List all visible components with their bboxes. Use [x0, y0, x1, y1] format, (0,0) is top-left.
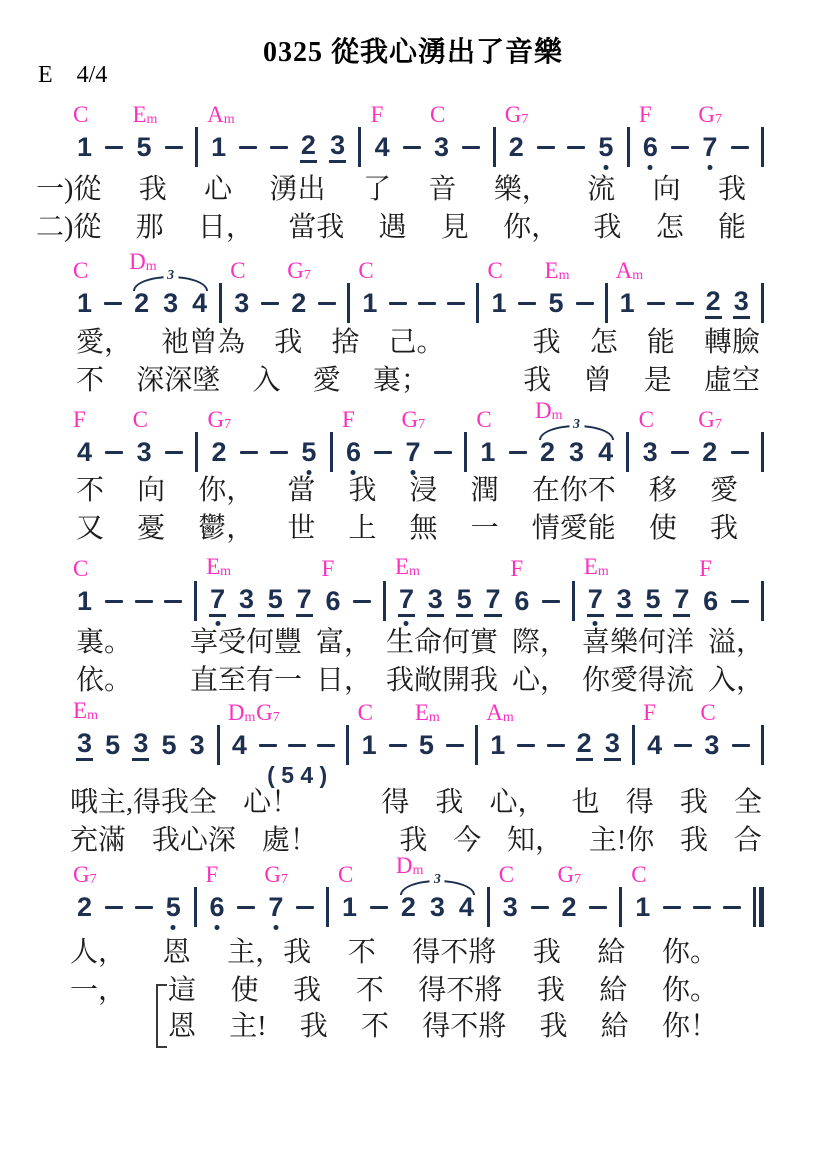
- lyric-syllable: 遇: [379, 213, 407, 244]
- lyric-syllable: 向: [137, 476, 165, 507]
- note: 4F: [646, 732, 663, 759]
- note: 3C: [642, 439, 659, 466]
- chord-label: F: [206, 863, 219, 886]
- barline-icon: [346, 725, 349, 765]
- chord-root: F: [510, 557, 523, 580]
- chord-label: F: [73, 408, 86, 431]
- chord-label: F: [643, 701, 656, 724]
- duration-dash: [105, 451, 123, 454]
- note: 3: [616, 586, 633, 617]
- lyric-syllable: 裏。: [76, 628, 132, 659]
- chord-quality: 7: [418, 418, 425, 432]
- lyric-syllable: 當: [287, 476, 315, 507]
- note: 1C: [76, 290, 93, 317]
- lyric-syllable: 你。: [662, 976, 718, 1007]
- chord-quality: m: [632, 269, 643, 283]
- chord-label: C: [73, 259, 88, 282]
- lyric-syllable: 我: [593, 213, 621, 244]
- lyric-line: 人，恩主，我不得不將我給你。: [70, 938, 718, 969]
- chord-root: C: [73, 259, 88, 282]
- barline-icon: [195, 432, 198, 472]
- chord-root: C: [73, 103, 88, 126]
- chord-label: C: [133, 408, 148, 431]
- note: 2G7: [76, 894, 93, 921]
- note: 3: [427, 586, 444, 617]
- chord-quality: m: [598, 565, 609, 579]
- note: 3: [132, 730, 149, 761]
- notation-line-1: 1C5Em1Am234F3C2G756F7G7: [76, 130, 764, 164]
- lyric-line: 又憂鬱，世上無一情愛能使我: [76, 514, 738, 545]
- duration-dash: [576, 302, 594, 305]
- lyric-syllable: 音: [428, 175, 456, 206]
- note: 5: [104, 732, 121, 759]
- chord-label: F: [321, 557, 334, 580]
- chord-label: F: [639, 103, 652, 126]
- lyric-syllable: 愛: [313, 366, 341, 397]
- lyric-syllable: 了: [363, 175, 391, 206]
- lyric-syllable: 也: [572, 788, 600, 819]
- chord-quality: 7: [90, 873, 97, 887]
- lyric-syllable: 日，: [316, 666, 372, 697]
- chord-label: Em: [545, 259, 570, 282]
- duration-dash: [589, 906, 607, 909]
- chord-root: C: [430, 103, 445, 126]
- chord-label: Em: [206, 555, 231, 578]
- chord-root: E: [545, 259, 559, 282]
- lyric-syllable: 恩: [163, 938, 191, 969]
- chord-quality: 7: [224, 418, 231, 432]
- chord-root: G: [698, 103, 715, 126]
- duration-dash: [674, 744, 692, 747]
- lyric-syllable: 捨: [331, 328, 359, 359]
- chord-label: G7: [73, 863, 97, 886]
- chord-root: F: [371, 103, 384, 126]
- lyric-syllable: 知，: [507, 826, 563, 857]
- chord-root: F: [321, 557, 334, 580]
- chord-root: F: [699, 557, 712, 580]
- chord-quality: 7: [273, 711, 280, 725]
- note: 1C: [76, 588, 93, 615]
- note: 2: [576, 730, 593, 761]
- lyric-syllable: 我: [680, 788, 708, 819]
- lyric-syllable: 我敞開我: [386, 666, 498, 697]
- lyric-syllable: 主，我: [227, 938, 311, 969]
- duration-dash: [270, 146, 288, 149]
- lyric-syllable: 我: [680, 826, 708, 857]
- lyric-line: 恩主!我不得不將我給你！: [168, 1012, 718, 1043]
- chord-root: E: [73, 699, 87, 722]
- note: 6F: [209, 894, 226, 921]
- note: 5: [267, 586, 284, 617]
- note: 6F: [513, 588, 530, 615]
- duration-dash: [374, 451, 392, 454]
- note: 1C: [361, 732, 378, 759]
- lyric-syllable: 鬱，: [198, 514, 254, 545]
- chord-root: C: [73, 557, 88, 580]
- lyric-syllable: 虛空: [704, 366, 760, 397]
- note: 3C: [433, 134, 450, 161]
- note: 3: [429, 894, 446, 921]
- note: 2G7: [210, 439, 227, 466]
- chord-label: C: [358, 259, 373, 282]
- note: 3: [568, 439, 585, 466]
- lyric-syllable: 無: [410, 514, 438, 545]
- note: 2: [705, 288, 722, 319]
- chord-label: C: [73, 557, 88, 580]
- lyric-syllable: 心！: [243, 788, 299, 819]
- note: 3: [189, 732, 206, 759]
- chord-label: C: [358, 701, 373, 724]
- lyric-line: 哦主,得我全心！得我心，也得我全: [70, 788, 762, 819]
- lyric-syllable: 轉臉: [704, 328, 760, 359]
- note: 4: [458, 894, 475, 921]
- lyric-syllable: 我: [293, 976, 321, 1007]
- lyric-syllable: 一)從: [36, 175, 101, 206]
- lyric-syllable: 二)從: [36, 213, 101, 244]
- lyric-syllable: 你愛得流: [582, 666, 694, 697]
- chord-quality: m: [409, 565, 420, 579]
- lyric-syllable: 裏；: [373, 366, 429, 397]
- note: 5Em: [135, 134, 152, 161]
- lyric-syllable: 我: [537, 976, 565, 1007]
- chord-root: G: [264, 863, 281, 886]
- barline-icon: [626, 432, 629, 472]
- chord-root: E: [415, 701, 429, 724]
- lyric-syllable: 愛，: [76, 328, 132, 359]
- chord-label: Dm: [129, 250, 157, 273]
- note: 7G7: [405, 439, 422, 466]
- duration-dash: [542, 600, 560, 603]
- chord-root: G: [698, 408, 715, 431]
- duration-dash: [165, 146, 183, 149]
- note: 2: [400, 894, 417, 921]
- chord-label: Am: [486, 701, 514, 724]
- barline-icon: [761, 725, 764, 765]
- chord-root: G: [505, 103, 522, 126]
- chord-label: Dm: [535, 399, 563, 422]
- chord-label: G7: [558, 863, 582, 886]
- chord-quality: m: [146, 260, 157, 274]
- note: 3: [733, 288, 750, 319]
- chord-label: G7: [264, 863, 288, 886]
- note: 4Dm: [231, 732, 248, 759]
- chord-quality: 7: [304, 269, 311, 283]
- chord-root: C: [358, 701, 373, 724]
- duration-dash: [518, 302, 536, 305]
- lyric-syllable: 世: [287, 514, 315, 545]
- notation-line-5: 3Em53534DmG7( 5 4 )1C5Em1Am234F3C: [76, 728, 764, 762]
- lyric-syllable: 你，: [503, 213, 559, 244]
- duration-dash: [723, 906, 741, 909]
- chord-root: C: [639, 408, 654, 431]
- song-title: 0325 從我心湧出了音樂: [0, 30, 826, 70]
- chord-root: E: [206, 555, 220, 578]
- note: 3C: [136, 439, 153, 466]
- duration-dash: [731, 600, 749, 603]
- note: 2: [300, 132, 317, 163]
- lyric-line: 這使我不得不將我給你。: [168, 976, 718, 1007]
- lyric-syllable: 情愛能: [532, 514, 616, 545]
- lyric-syllable: 一: [471, 514, 499, 545]
- lyric-syllable: 不: [76, 366, 104, 397]
- lyric-syllable: 心，: [512, 666, 568, 697]
- note: 3C: [703, 732, 720, 759]
- duration-dash: [731, 451, 749, 454]
- lyric-syllable: 潤: [471, 476, 499, 507]
- duration-dash: [105, 600, 123, 603]
- lyric-syllable: 得不將: [418, 976, 502, 1007]
- duration-dash: [663, 906, 681, 909]
- chord-label: Em: [132, 103, 157, 126]
- chord-label: C: [631, 863, 646, 886]
- chord-label: Dm: [396, 854, 424, 877]
- lyric-syllable: 生命何實: [386, 628, 498, 659]
- note: 1C: [341, 894, 358, 921]
- note: 2: [133, 290, 150, 317]
- duration-dash: [237, 906, 255, 909]
- triplet-number: 3: [163, 269, 178, 283]
- chord-root: G: [256, 701, 273, 724]
- note: 2G7: [290, 290, 307, 317]
- note: 7Em: [587, 586, 604, 617]
- duration-dash: [531, 906, 549, 909]
- chord-root: G: [558, 863, 575, 886]
- lyric-syllable: 你！: [662, 1012, 718, 1043]
- lyric-syllable: 不: [356, 976, 384, 1007]
- lyric-syllable: 我: [300, 1012, 328, 1043]
- lyric-syllable: 又: [76, 514, 104, 545]
- note: 5: [160, 732, 177, 759]
- chord-root: A: [616, 259, 633, 282]
- key-tonic: E: [38, 62, 53, 89]
- note: 4F: [374, 134, 391, 161]
- note: 1Am: [619, 290, 636, 317]
- chord-root: A: [486, 701, 503, 724]
- lyric-syllable: 深深墜: [136, 366, 220, 397]
- chord-root: C: [476, 408, 491, 431]
- note: 7Em: [398, 586, 415, 617]
- lyric-syllable: 能: [718, 213, 746, 244]
- chord-quality: m: [87, 709, 98, 723]
- chord-label: F: [699, 557, 712, 580]
- chord-root: C: [499, 863, 514, 886]
- duration-dash: [567, 146, 585, 149]
- lyric-syllable: 上: [348, 514, 376, 545]
- chord-root: D: [228, 701, 245, 724]
- lyric-syllable: 心，: [490, 788, 546, 819]
- barline-icon: [326, 887, 329, 927]
- chord-label: Am: [616, 259, 644, 282]
- duration-dash: [517, 744, 535, 747]
- triplet-number: 3: [569, 418, 584, 432]
- chord-quality: 7: [574, 873, 581, 887]
- lyric-syllable: 直至有一: [190, 666, 302, 697]
- chord-root: E: [584, 555, 598, 578]
- lyric-syllable: 不: [76, 476, 104, 507]
- barline-icon: [194, 887, 197, 927]
- duration-dash: [676, 302, 694, 305]
- chord-label: G7: [287, 259, 311, 282]
- note: 1Am: [210, 134, 227, 161]
- lyric-syllable: 充滿: [70, 826, 126, 857]
- duration-dash: [370, 906, 388, 909]
- barline-icon: [194, 581, 197, 621]
- barline-icon: [627, 127, 630, 167]
- lyric-syllable: 愛: [710, 476, 738, 507]
- duration-dash: [296, 906, 314, 909]
- chord-label: C: [487, 259, 502, 282]
- lyric-syllable: 浸: [410, 476, 438, 507]
- chord-label: F: [371, 103, 384, 126]
- note: 1C: [479, 439, 496, 466]
- duration-dash: ( 5 4 ): [288, 744, 306, 747]
- chord-quality: m: [245, 711, 256, 725]
- barline-icon: [493, 127, 496, 167]
- barline-icon: [464, 432, 467, 472]
- chord-quality: m: [552, 409, 563, 423]
- note: 5Em: [548, 290, 565, 317]
- chord-root: F: [643, 701, 656, 724]
- triplet-group: 3234Dm: [539, 439, 614, 466]
- note: 7: [484, 586, 501, 617]
- duration-dash: [434, 451, 452, 454]
- lyric-syllable: 得不將: [412, 938, 496, 969]
- note: 4: [191, 290, 208, 317]
- duration-dash: [389, 302, 407, 305]
- note: 3C: [233, 290, 250, 317]
- note: 5: [644, 586, 661, 617]
- final-barline-icon: [753, 887, 764, 927]
- barline-icon: [632, 725, 635, 765]
- lyric-syllable: 人，: [70, 938, 126, 969]
- chord-label: C: [73, 103, 88, 126]
- barline-icon: [330, 432, 333, 472]
- chord-root: G: [73, 863, 90, 886]
- note: 6F: [642, 134, 659, 161]
- chord-quality: 7: [715, 418, 722, 432]
- lyric-syllable: 給: [599, 976, 627, 1007]
- chord-label: Em: [584, 555, 609, 578]
- lyric-syllable: 你。: [662, 938, 718, 969]
- barline-icon: [195, 127, 198, 167]
- note: 6F: [324, 588, 341, 615]
- note: 2G7: [701, 439, 718, 466]
- note: 3: [604, 730, 621, 761]
- chord-quality: m: [220, 565, 231, 579]
- note: 6F: [702, 588, 719, 615]
- chord-quality: m: [412, 864, 423, 878]
- duration-dash: [105, 146, 123, 149]
- chord-root: D: [129, 250, 146, 273]
- chord-quality: m: [503, 711, 514, 725]
- lyric-syllable: 我: [523, 366, 551, 397]
- lyric-syllable: 入，: [708, 666, 764, 697]
- note: 1C: [361, 290, 378, 317]
- note: 1Am: [489, 732, 506, 759]
- note: 7Em: [209, 586, 226, 617]
- chord-label: G7: [698, 103, 722, 126]
- lyric-syllable: 我: [435, 788, 463, 819]
- duration-dash: [403, 146, 421, 149]
- barline-icon: [219, 283, 222, 323]
- lyric-syllable: 我: [710, 514, 738, 545]
- lyric-syllable: 給: [597, 938, 625, 969]
- key-signature: E 4/4: [38, 62, 107, 89]
- lyric-syllable: 富，: [316, 628, 372, 659]
- barline-icon: [476, 283, 479, 323]
- duration-dash: [547, 744, 565, 747]
- lyric-syllable: 流: [587, 175, 615, 206]
- barline-icon: [761, 127, 764, 167]
- note: 7G7: [701, 134, 718, 161]
- alternate-notes-annotation: ( 5 4 ): [267, 762, 327, 789]
- chord-label: Em: [415, 701, 440, 724]
- note: 6F: [345, 439, 362, 466]
- chord-root: C: [358, 259, 373, 282]
- lyric-syllable: 不: [348, 938, 376, 969]
- lyric-syllable: 得: [381, 788, 409, 819]
- note: 4F: [76, 439, 93, 466]
- lyric-syllable: 際，: [512, 628, 568, 659]
- lyric-line: 不向你，當我浸潤在你不移愛: [76, 476, 738, 507]
- lyric-syllable: 我: [274, 328, 302, 359]
- chord-root: A: [207, 103, 224, 126]
- lyric-syllable: 今: [453, 826, 481, 857]
- lyric-line: 不深深墜入愛裏；我曾是虛空: [76, 366, 760, 397]
- lyric-syllable: 心: [204, 175, 232, 206]
- barline-icon: [347, 283, 350, 323]
- lyric-syllable: 主!: [229, 1012, 266, 1043]
- lyric-syllable: 恩: [168, 1012, 196, 1043]
- lyric-syllable: 給: [601, 1012, 629, 1043]
- chord-quality: m: [429, 711, 440, 725]
- note: 2G7: [508, 134, 525, 161]
- note: 1C: [490, 290, 507, 317]
- note: 5: [456, 586, 473, 617]
- chord-label: G7: [402, 408, 426, 431]
- chord-root: C: [230, 259, 245, 282]
- time-signature: 4/4: [77, 62, 108, 89]
- note: 3: [162, 290, 179, 317]
- song-sheet: 0325 從我心湧出了音樂 E 4/4 1C5Em1Am234F3C2G756F…: [0, 0, 826, 1169]
- note: 7G7: [267, 894, 284, 921]
- lyric-syllable: 我心深: [152, 826, 236, 857]
- lyric-syllable: 在你不: [532, 476, 616, 507]
- duration-dash: [537, 146, 555, 149]
- duration-dash: [447, 302, 465, 305]
- chord-label: G7: [698, 408, 722, 431]
- chord-label: C: [476, 408, 491, 431]
- duration-dash: [317, 744, 335, 747]
- note: 5: [300, 439, 317, 466]
- notation-line-2: 1C3234Dm3C2G71C1C5Em1Am23: [76, 286, 764, 320]
- note: 1C: [76, 134, 93, 161]
- lyric-syllable: 移: [649, 476, 677, 507]
- lyric-syllable: 使: [231, 976, 259, 1007]
- chord-root: E: [132, 103, 146, 126]
- note: 7: [673, 586, 690, 617]
- lyric-line: 充滿我心深處！我今知，主!你我合: [70, 826, 762, 857]
- chord-root: C: [700, 701, 715, 724]
- duration-dash: [509, 451, 527, 454]
- note: 5Em: [418, 732, 435, 759]
- lyric-syllable: 那: [136, 213, 164, 244]
- lyric-syllable: 處！: [262, 826, 318, 857]
- lyric-line: 依。直至有一日，我敞開我心，你愛得流入，: [76, 666, 764, 697]
- lyric-syllable: 哦主,得我全: [70, 788, 217, 819]
- chord-label: C: [230, 259, 245, 282]
- note: 2: [539, 439, 556, 466]
